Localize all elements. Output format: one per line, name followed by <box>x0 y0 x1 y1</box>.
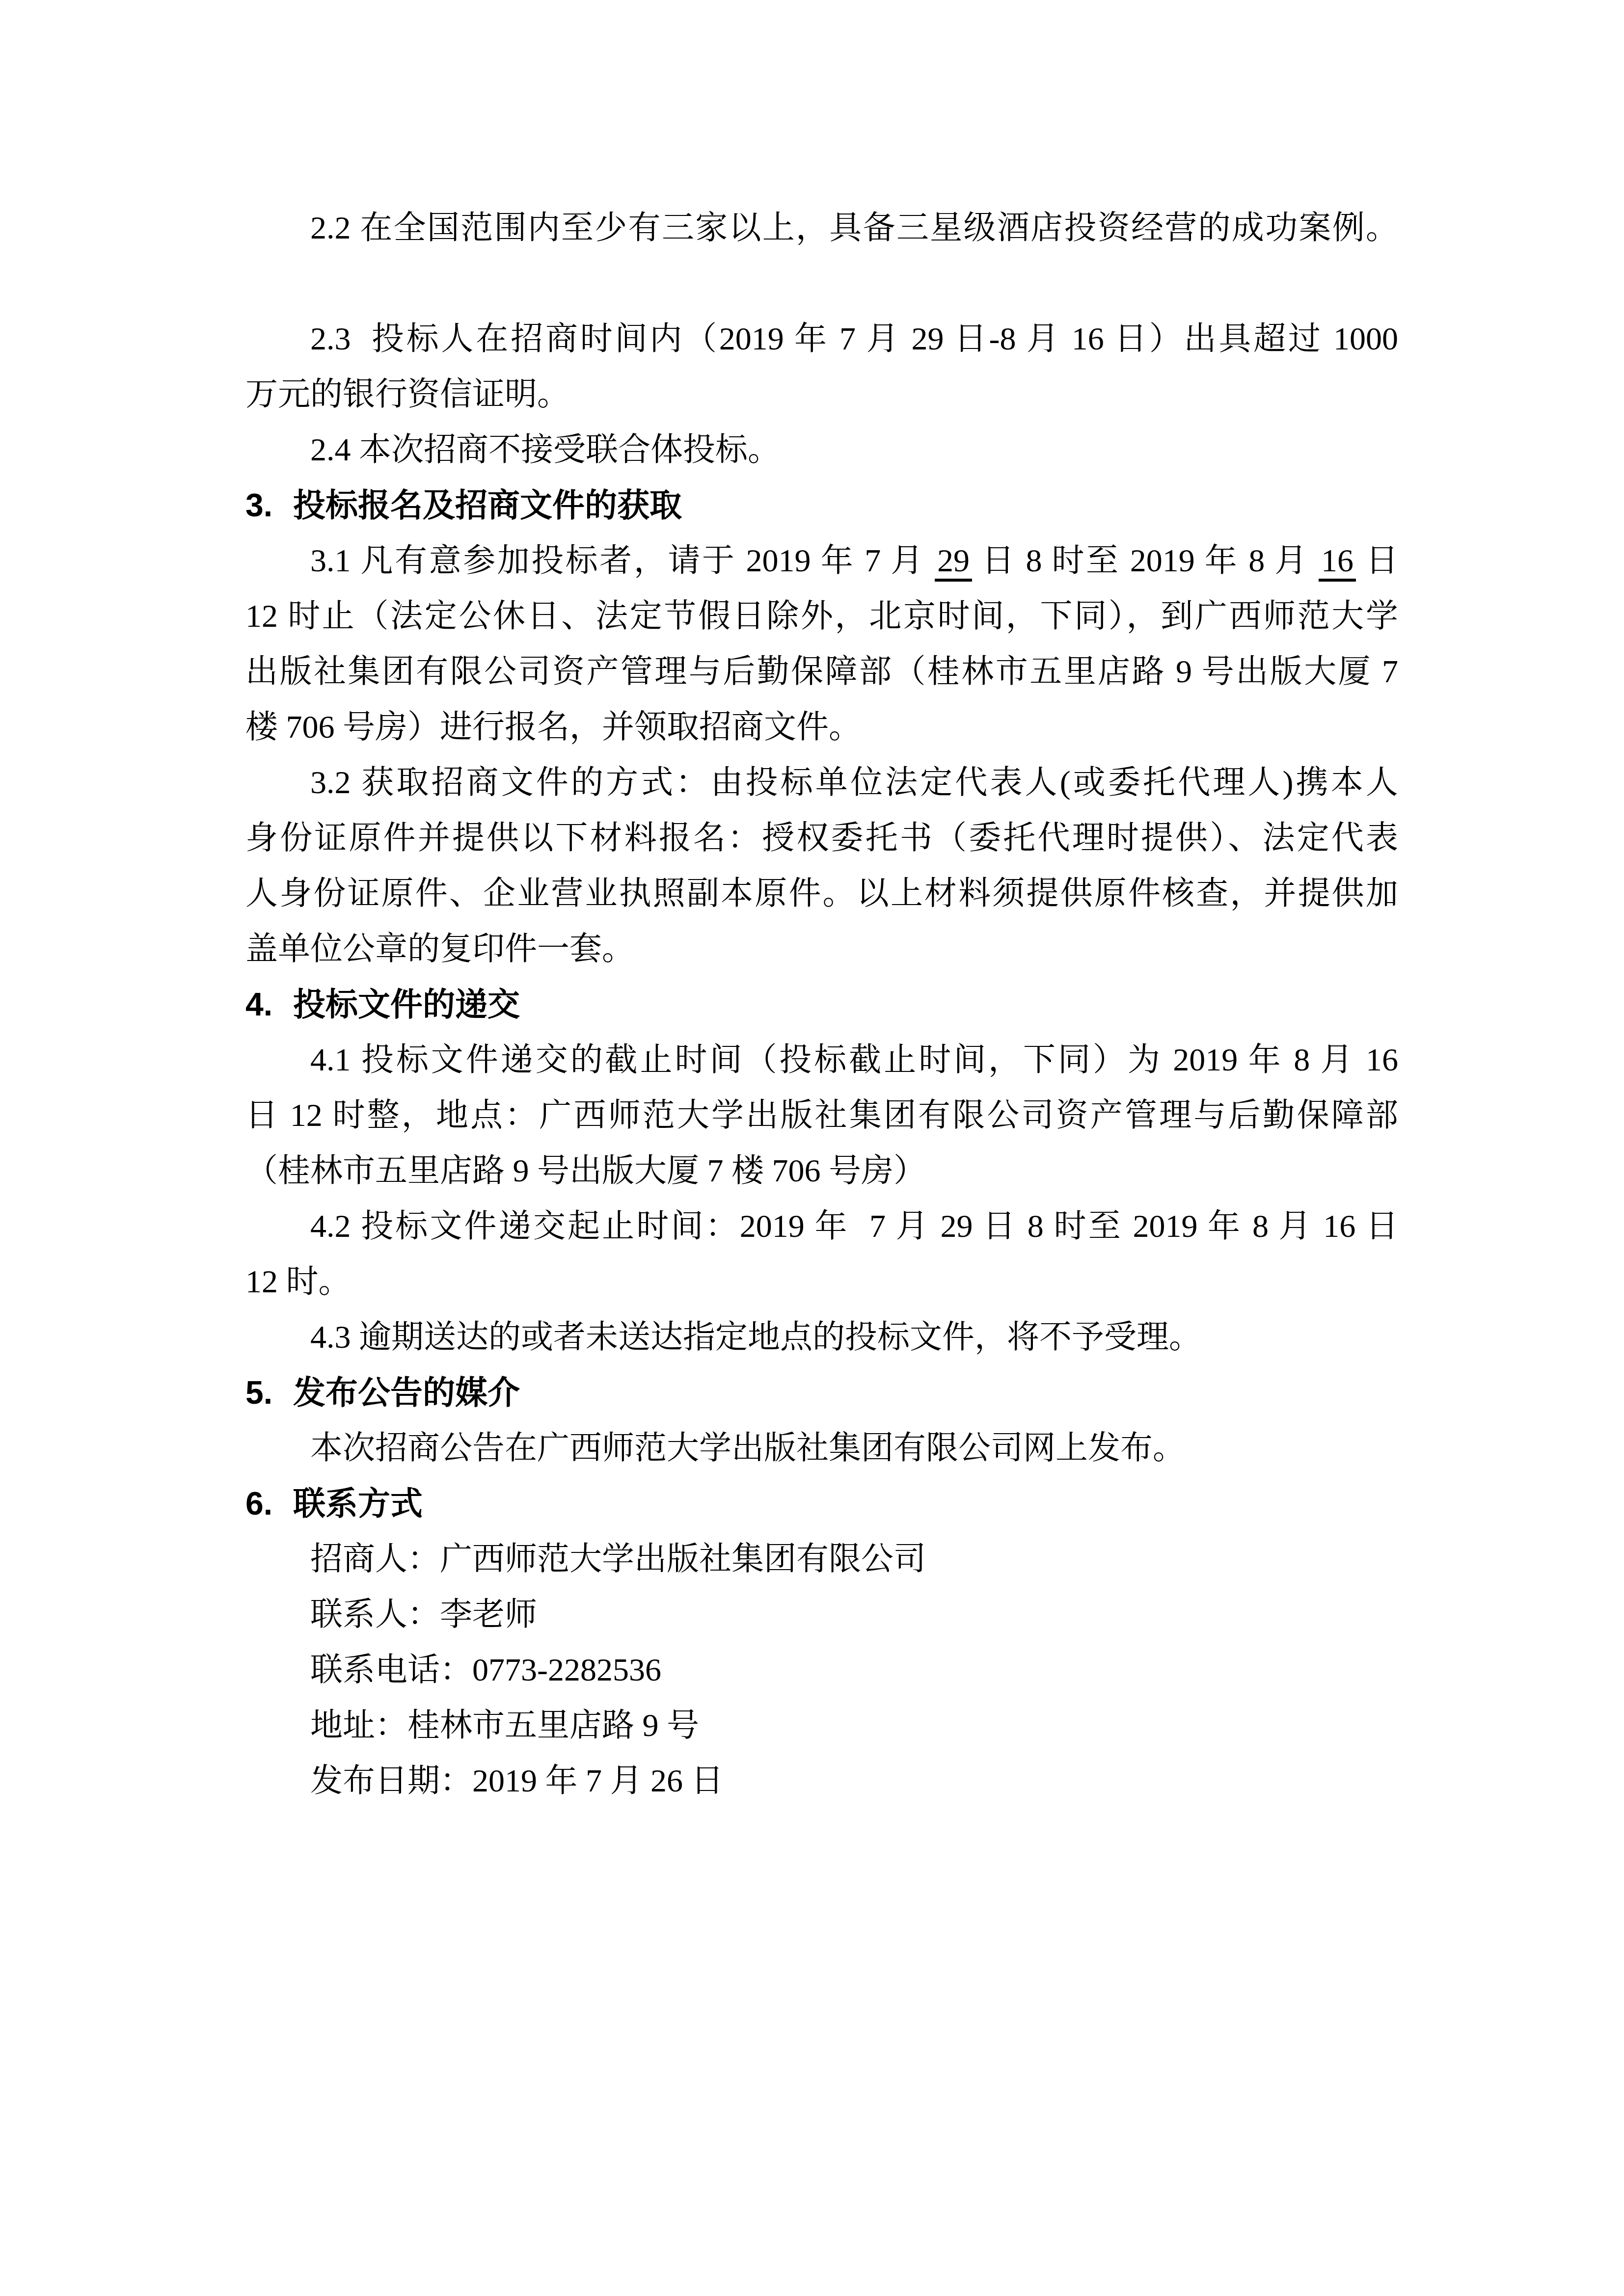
section-3-title: 投标报名及招商文件的获取 <box>293 487 682 523</box>
section-4-number: 4. <box>245 986 272 1022</box>
clause-3-2-line-4: 盖单位公章的复印件一套。 <box>245 921 1398 977</box>
clause-3-2-line-1: 3.2 获取招商文件的方式：由投标单位法定代表人(或委托代理人)携本人 <box>245 755 1398 810</box>
clause-4-3: 4.3 逾期送达的或者未送达指定地点的投标文件，将不予受理。 <box>245 1309 1398 1365</box>
contact-address: 地址：桂林市五里店路 9 号 <box>245 1698 1398 1753</box>
clause-4-1-line-1: 4.1 投标文件递交的截止时间（投标截止时间，下同）为 2019 年 8 月 1… <box>245 1032 1398 1088</box>
clause-2-2: 2.2 在全国范围内至少有三家以上，具备三星级酒店投资经营的成功案例。 <box>245 200 1398 256</box>
section-6-number: 6. <box>245 1485 272 1522</box>
section-5-title: 发布公告的媒介 <box>293 1374 520 1411</box>
underlined-day-29: 29 <box>935 543 972 582</box>
clause-2-3-line-1: 2.3 投标人在招商时间内（2019 年 7 月 29 日-8 月 16 日）出… <box>245 311 1398 367</box>
section-4-title: 投标文件的递交 <box>293 986 520 1022</box>
section-5-body: 本次招商公告在广西师范大学出版社集团有限公司网上发布。 <box>245 1420 1398 1476</box>
clause-4-1-line-3: （桂林市五里店路 9 号出版大厦 7 楼 706 号房） <box>245 1143 1398 1199</box>
blank-line <box>245 256 1398 311</box>
clause-3-1-text-post: 日 <box>1356 543 1398 579</box>
section-3-heading: 3.投标报名及招商文件的获取 <box>245 478 1398 533</box>
publish-date: 发布日期：2019 年 7 月 26 日 <box>245 1753 1398 1809</box>
clause-3-1-line-4: 楼 706 号房）进行报名，并领取招商文件。 <box>245 699 1398 755</box>
clause-2-3-line-2: 万元的银行资信证明。 <box>245 367 1398 422</box>
clause-2-4: 2.4 本次招商不接受联合体投标。 <box>245 422 1398 478</box>
underlined-day-16: 16 <box>1319 543 1356 582</box>
section-6-title: 联系方式 <box>293 1485 423 1522</box>
clause-3-2-line-3: 人身份证原件、企业营业执照副本原件。以上材料须提供原件核查，并提供加 <box>245 866 1398 921</box>
contact-phone: 联系电话：0773-2282536 <box>245 1642 1398 1698</box>
clause-3-1-line-1: 3.1 凡有意参加投标者，请于 2019 年 7 月 29 日 8 时至 201… <box>245 533 1398 588</box>
clause-4-2-line-1: 4.2 投标文件递交起止时间：2019 年 7 月 29 日 8 时至 2019… <box>245 1199 1398 1254</box>
section-4-heading: 4.投标文件的递交 <box>245 977 1398 1032</box>
document-page: 2.2 在全国范围内至少有三家以上，具备三星级酒店投资经营的成功案例。 2.3 … <box>0 0 1624 2296</box>
contact-tenderer: 招商人：广西师范大学出版社集团有限公司 <box>245 1531 1398 1587</box>
clause-3-1-text-mid: 日 8 时至 2019 年 8 月 <box>972 543 1319 579</box>
section-6-heading: 6.联系方式 <box>245 1476 1398 1531</box>
section-5-heading: 5.发布公告的媒介 <box>245 1365 1398 1420</box>
section-5-number: 5. <box>245 1374 272 1411</box>
clause-3-1-text-pre: 3.1 凡有意参加投标者，请于 2019 年 7 月 <box>310 543 935 579</box>
section-3-number: 3. <box>245 487 272 523</box>
clause-4-1-line-2: 日 12 时整，地点：广西师范大学出版社集团有限公司资产管理与后勤保障部 <box>245 1088 1398 1143</box>
clause-4-2-line-2: 12 时。 <box>245 1254 1398 1309</box>
contact-person: 联系人：李老师 <box>245 1587 1398 1642</box>
clause-3-1-line-2: 12 时止（法定公休日、法定节假日除外，北京时间，下同），到广西师范大学 <box>245 588 1398 644</box>
clause-3-1-line-3: 出版社集团有限公司资产管理与后勤保障部（桂林市五里店路 9 号出版大厦 7 <box>245 644 1398 699</box>
clause-3-2-line-2: 身份证原件并提供以下材料报名：授权委托书（委托代理时提供）、法定代表 <box>245 810 1398 866</box>
